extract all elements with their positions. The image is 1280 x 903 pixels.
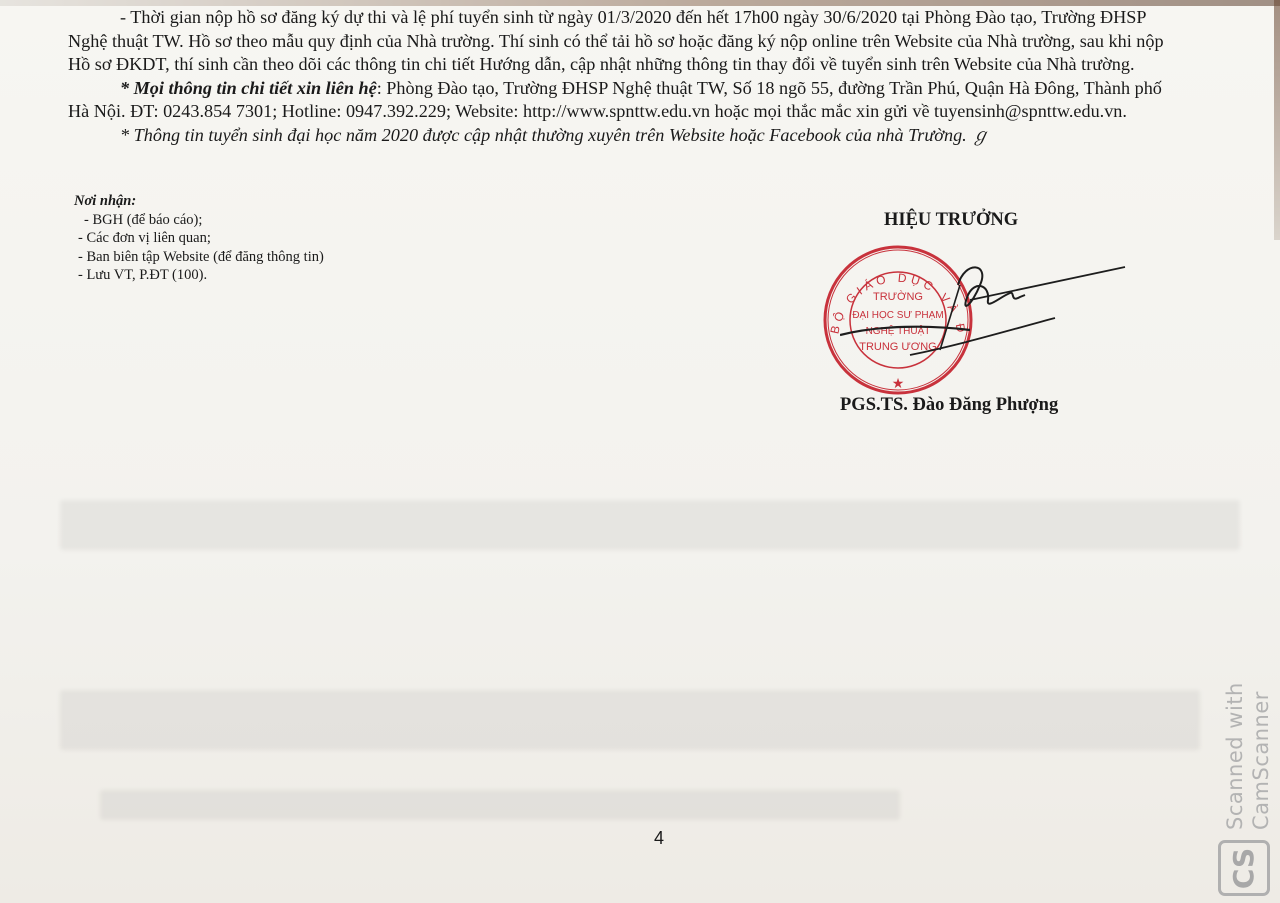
scan-right-edge — [1274, 0, 1280, 240]
paragraph-line: Nghệ thuật TW. Hồ sơ theo mẫu quy định c… — [68, 30, 1253, 54]
update-note: * Thông tin tuyển sinh đại học năm 2020 … — [120, 125, 967, 145]
contact-line: * Mọi thông tin chi tiết xin liên hệ: Ph… — [68, 77, 1253, 101]
paragraph-line: Hồ sơ ĐKDT, thí sinh cần theo dõi các th… — [68, 53, 1253, 77]
scanner-watermark-text: Scanned with CamScanner — [1222, 682, 1274, 830]
contact-address: : Phòng Đào tạo, Trường ĐHSP Nghệ thuật … — [377, 78, 1162, 98]
recipient-item: - Lưu VT, P.ĐT (100). — [74, 266, 324, 285]
recipient-item: - Ban biên tập Website (để đăng thông ti… — [74, 248, 324, 267]
signature-title: HIỆU TRƯỞNG — [884, 210, 1018, 231]
recipients-title: Nơi nhận: — [74, 192, 324, 211]
initial-mark: ℊ — [971, 125, 989, 145]
page-number: 4 — [654, 828, 664, 849]
handwritten-signature — [840, 255, 1140, 365]
bleed-through-smudge — [100, 790, 900, 820]
paragraph-line: - Thời gian nộp hồ sơ đăng ký dự thi và … — [68, 6, 1253, 30]
stamp-star-icon: ★ — [892, 377, 905, 392]
contact-label: * Mọi thông tin chi tiết xin liên hệ — [120, 78, 377, 98]
camscanner-logo-icon: CS — [1218, 840, 1270, 896]
scanned-page: - Thời gian nộp hồ sơ đăng ký dự thi và … — [0, 0, 1280, 903]
contact-details: Hà Nội. ĐT: 0243.854 7301; Hotline: 0947… — [68, 100, 1253, 124]
recipient-item: - Các đơn vị liên quan; — [74, 229, 324, 248]
recipient-item: - BGH (để báo cáo); — [74, 211, 324, 230]
signer-name: PGS.TS. Đào Đăng Phượng — [840, 395, 1058, 416]
bleed-through-smudge — [60, 690, 1200, 750]
note-line: * Thông tin tuyển sinh đại học năm 2020 … — [68, 124, 1253, 148]
bleed-through-smudge — [60, 500, 1240, 550]
admission-paragraph: - Thời gian nộp hồ sơ đăng ký dự thi và … — [68, 6, 1253, 147]
recipients-block: Nơi nhận: - BGH (để báo cáo); - Các đơn … — [74, 192, 324, 285]
